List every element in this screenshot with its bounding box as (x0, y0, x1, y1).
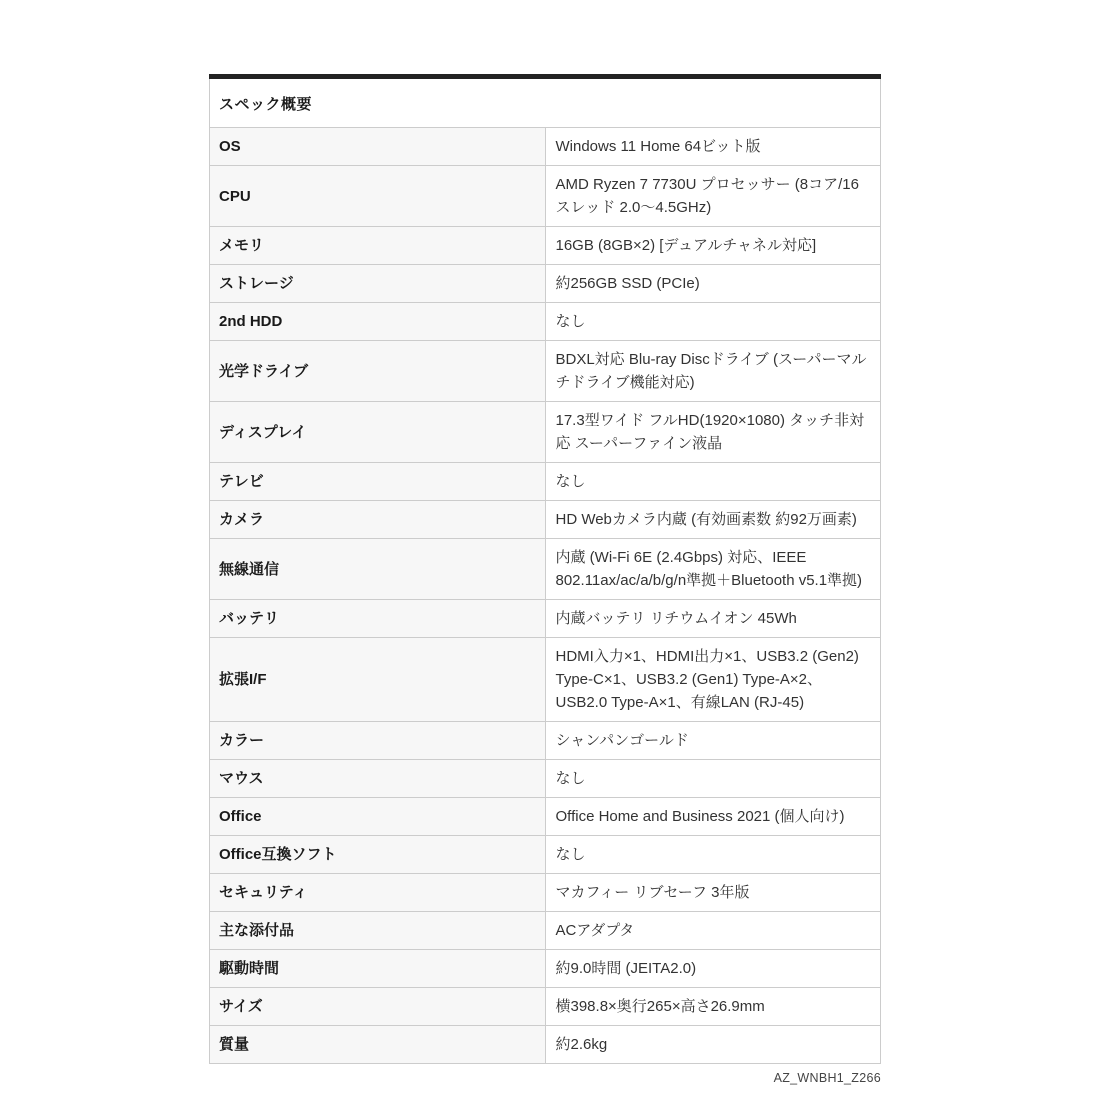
spec-row-label: Office互換ソフト (210, 836, 546, 874)
spec-row-label: CPU (210, 166, 546, 227)
table-row: メモリ16GB (8GB×2) [デュアルチャネル対応] (210, 227, 881, 265)
spec-row-label: バッテリ (210, 600, 546, 638)
spec-row-label: テレビ (210, 463, 546, 501)
spec-row-label: 拡張I/F (210, 638, 546, 722)
spec-row-label: 光学ドライブ (210, 341, 546, 402)
spec-table: スペック概要 OSWindows 11 Home 64ビット版CPUAMD Ry… (209, 79, 881, 1064)
spec-row-label: セキュリティ (210, 874, 546, 912)
table-title: スペック概要 (210, 79, 881, 128)
spec-row-value: 16GB (8GB×2) [デュアルチャネル対応] (545, 227, 881, 265)
spec-row-value: BDXL対応 Blu-ray Discドライブ (スーパーマルチドライブ機能対応… (545, 341, 881, 402)
spec-row-label: サイズ (210, 988, 546, 1026)
spec-row-label: ディスプレイ (210, 402, 546, 463)
spec-row-label: ストレージ (210, 265, 546, 303)
spec-row-value: なし (545, 760, 881, 798)
spec-row-value: なし (545, 303, 881, 341)
spec-row-value: AMD Ryzen 7 7730U プロセッサー (8コア/16スレッド 2.0… (545, 166, 881, 227)
table-row: セキュリティマカフィー リブセーフ 3年版 (210, 874, 881, 912)
spec-row-value: 内蔵バッテリ リチウムイオン 45Wh (545, 600, 881, 638)
table-row: 駆動時間約9.0時間 (JEITA2.0) (210, 950, 881, 988)
table-row: サイズ横398.8×奥行265×高さ26.9mm (210, 988, 881, 1026)
table-row: CPUAMD Ryzen 7 7730U プロセッサー (8コア/16スレッド … (210, 166, 881, 227)
spec-row-label: マウス (210, 760, 546, 798)
spec-row-label: 駆動時間 (210, 950, 546, 988)
table-row: 拡張I/FHDMI入力×1、HDMI出力×1、USB3.2 (Gen2) Typ… (210, 638, 881, 722)
table-row: OfficeOffice Home and Business 2021 (個人向… (210, 798, 881, 836)
table-row: テレビなし (210, 463, 881, 501)
spec-row-value: なし (545, 836, 881, 874)
spec-row-label: Office (210, 798, 546, 836)
spec-row-value: 17.3型ワイド フルHD(1920×1080) タッチ非対応 スーパーファイン… (545, 402, 881, 463)
spec-row-value: HDMI入力×1、HDMI出力×1、USB3.2 (Gen2) Type-C×1… (545, 638, 881, 722)
spec-row-value: HD Webカメラ内蔵 (有効画素数 約92万画素) (545, 501, 881, 539)
table-row: 質量約2.6kg (210, 1026, 881, 1064)
spec-row-label: OS (210, 128, 546, 166)
spec-row-value: Office Home and Business 2021 (個人向け) (545, 798, 881, 836)
spec-row-label: 主な添付品 (210, 912, 546, 950)
spec-row-value: 横398.8×奥行265×高さ26.9mm (545, 988, 881, 1026)
table-row: OSWindows 11 Home 64ビット版 (210, 128, 881, 166)
spec-row-label: 質量 (210, 1026, 546, 1064)
spec-row-value: シャンパンゴールド (545, 722, 881, 760)
table-title-row: スペック概要 (210, 79, 881, 128)
table-row: Office互換ソフトなし (210, 836, 881, 874)
footer-code: AZ_WNBH1_Z266 (209, 1071, 881, 1085)
spec-table-body: OSWindows 11 Home 64ビット版CPUAMD Ryzen 7 7… (210, 128, 881, 1064)
spec-row-label: カラー (210, 722, 546, 760)
spec-row-label: カメラ (210, 501, 546, 539)
spec-row-value: Windows 11 Home 64ビット版 (545, 128, 881, 166)
spec-row-value: 約2.6kg (545, 1026, 881, 1064)
spec-row-value: マカフィー リブセーフ 3年版 (545, 874, 881, 912)
table-row: カラーシャンパンゴールド (210, 722, 881, 760)
table-row: 光学ドライブBDXL対応 Blu-ray Discドライブ (スーパーマルチドラ… (210, 341, 881, 402)
table-row: 2nd HDDなし (210, 303, 881, 341)
table-row: マウスなし (210, 760, 881, 798)
spec-row-value: 約256GB SSD (PCIe) (545, 265, 881, 303)
table-row: カメラHD Webカメラ内蔵 (有効画素数 約92万画素) (210, 501, 881, 539)
spec-row-value: なし (545, 463, 881, 501)
table-row: ストレージ約256GB SSD (PCIe) (210, 265, 881, 303)
table-row: ディスプレイ17.3型ワイド フルHD(1920×1080) タッチ非対応 スー… (210, 402, 881, 463)
spec-row-value: ACアダプタ (545, 912, 881, 950)
spec-row-value: 約9.0時間 (JEITA2.0) (545, 950, 881, 988)
spec-row-label: 無線通信 (210, 539, 546, 600)
spec-section: スペック概要 OSWindows 11 Home 64ビット版CPUAMD Ry… (209, 74, 881, 1085)
table-row: 無線通信内蔵 (Wi-Fi 6E (2.4Gbps) 対応、IEEE 802.1… (210, 539, 881, 600)
table-row: バッテリ内蔵バッテリ リチウムイオン 45Wh (210, 600, 881, 638)
table-row: 主な添付品ACアダプタ (210, 912, 881, 950)
spec-row-label: メモリ (210, 227, 546, 265)
spec-row-value: 内蔵 (Wi-Fi 6E (2.4Gbps) 対応、IEEE 802.11ax/… (545, 539, 881, 600)
spec-row-label: 2nd HDD (210, 303, 546, 341)
